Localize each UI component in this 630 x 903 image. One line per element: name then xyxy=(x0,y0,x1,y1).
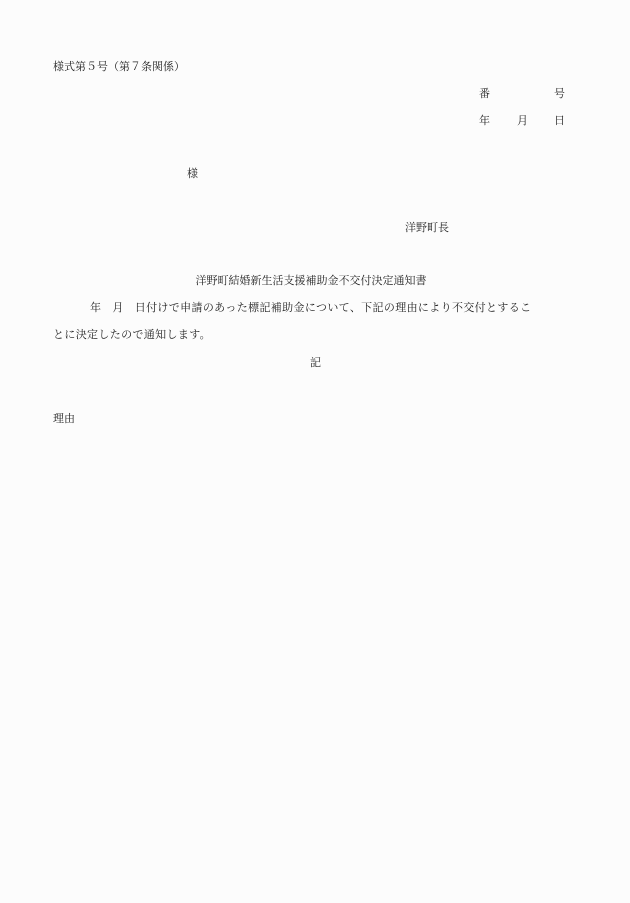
addressee-suffix: 様 xyxy=(187,167,198,181)
sender-name: 洋野町長 xyxy=(405,221,449,235)
body-month-label: 月 xyxy=(112,301,123,314)
ki-heading: 記 xyxy=(310,356,321,370)
document-title: 洋野町結婚新生活支援補助金不交付決定通知書 xyxy=(196,274,427,288)
date-day-label: 日 xyxy=(554,114,565,128)
body-year-label: 年 xyxy=(90,301,101,314)
form-number: 様式第５号（第７条関係） xyxy=(53,60,185,74)
date-month-label: 月 xyxy=(517,114,528,128)
document-title-row: 洋野町結婚新生活支援補助金不交付決定通知書 xyxy=(0,274,630,288)
body-line-1-text: 日付けで申請のあった標記補助金について、下記の理由により不交付とするこ xyxy=(135,301,532,314)
body-line-1: 年月日付けで申請のあった標記補助金について、下記の理由により不交付とするこ xyxy=(53,301,531,315)
number-label-ban: 番 xyxy=(479,87,490,101)
body-line-2: とに決定したので通知します。 xyxy=(53,328,211,342)
number-label-go: 号 xyxy=(554,87,565,101)
date-year-label: 年 xyxy=(479,114,490,128)
reason-label: 理由 xyxy=(53,412,75,426)
